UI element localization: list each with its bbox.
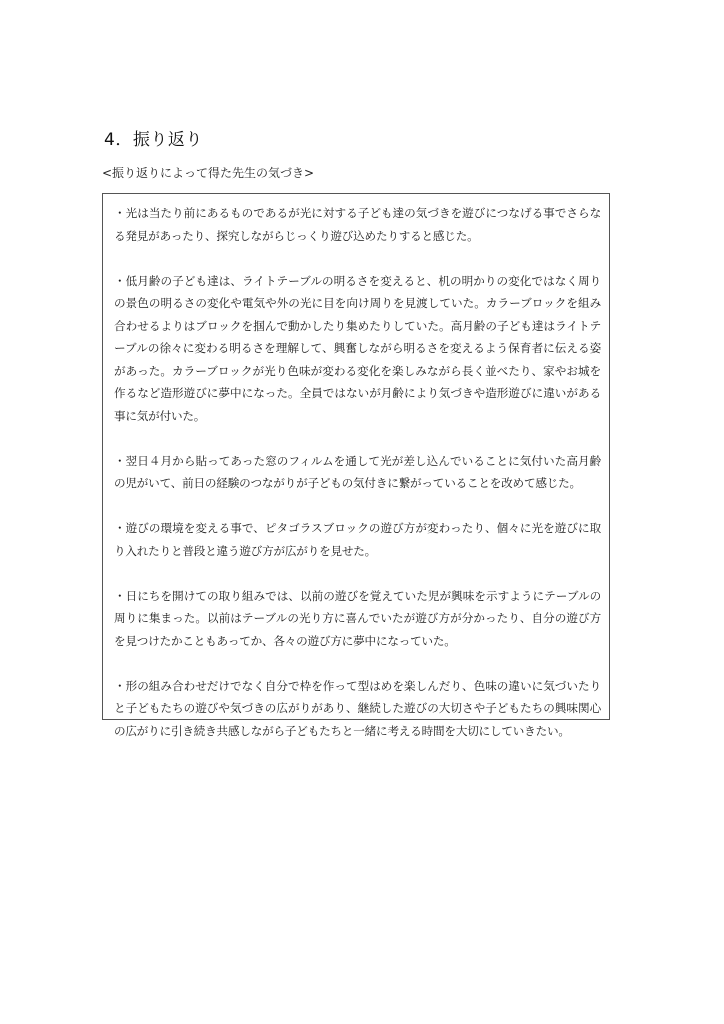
reflection-paragraph-4: ・遊びの環境を変える事で、ピタゴラスブロックの遊び方が変わったり、個々に光を遊び… xyxy=(114,517,601,562)
reflection-paragraph-6: ・形の組み合わせだけでなく自分で枠を作って型はめを楽しんだり、色味の違いに気づい… xyxy=(114,675,601,743)
reflection-box: ・光は当たり前にあるものであるが光に対する子ども達の気づきを遊びにつなげる事でさ… xyxy=(102,193,610,720)
reflection-paragraph-3: ・翌日４月から貼ってあった窓のフィルムを通して光が差し込んでいることに気付いた高… xyxy=(114,450,601,495)
document-page: 4．振り返り <振り返りによって得た先生の気づき> ・光は当たり前にあるものであ… xyxy=(0,0,724,1024)
subheading: <振り返りによって得た先生の気づき> xyxy=(102,164,314,182)
reflection-paragraph-5: ・日にちを開けての取り組みでは、以前の遊びを覚えていた児が興味を示すようにテーブ… xyxy=(114,585,601,653)
reflection-paragraph-2: ・低月齢の子ども達は、ライトテーブルの明るさを変えると、机の明かりの変化ではなく… xyxy=(114,270,601,428)
section-heading: 4．振り返り xyxy=(104,129,203,151)
reflection-paragraph-1: ・光は当たり前にあるものであるが光に対する子ども達の気づきを遊びにつなげる事でさ… xyxy=(114,202,601,247)
